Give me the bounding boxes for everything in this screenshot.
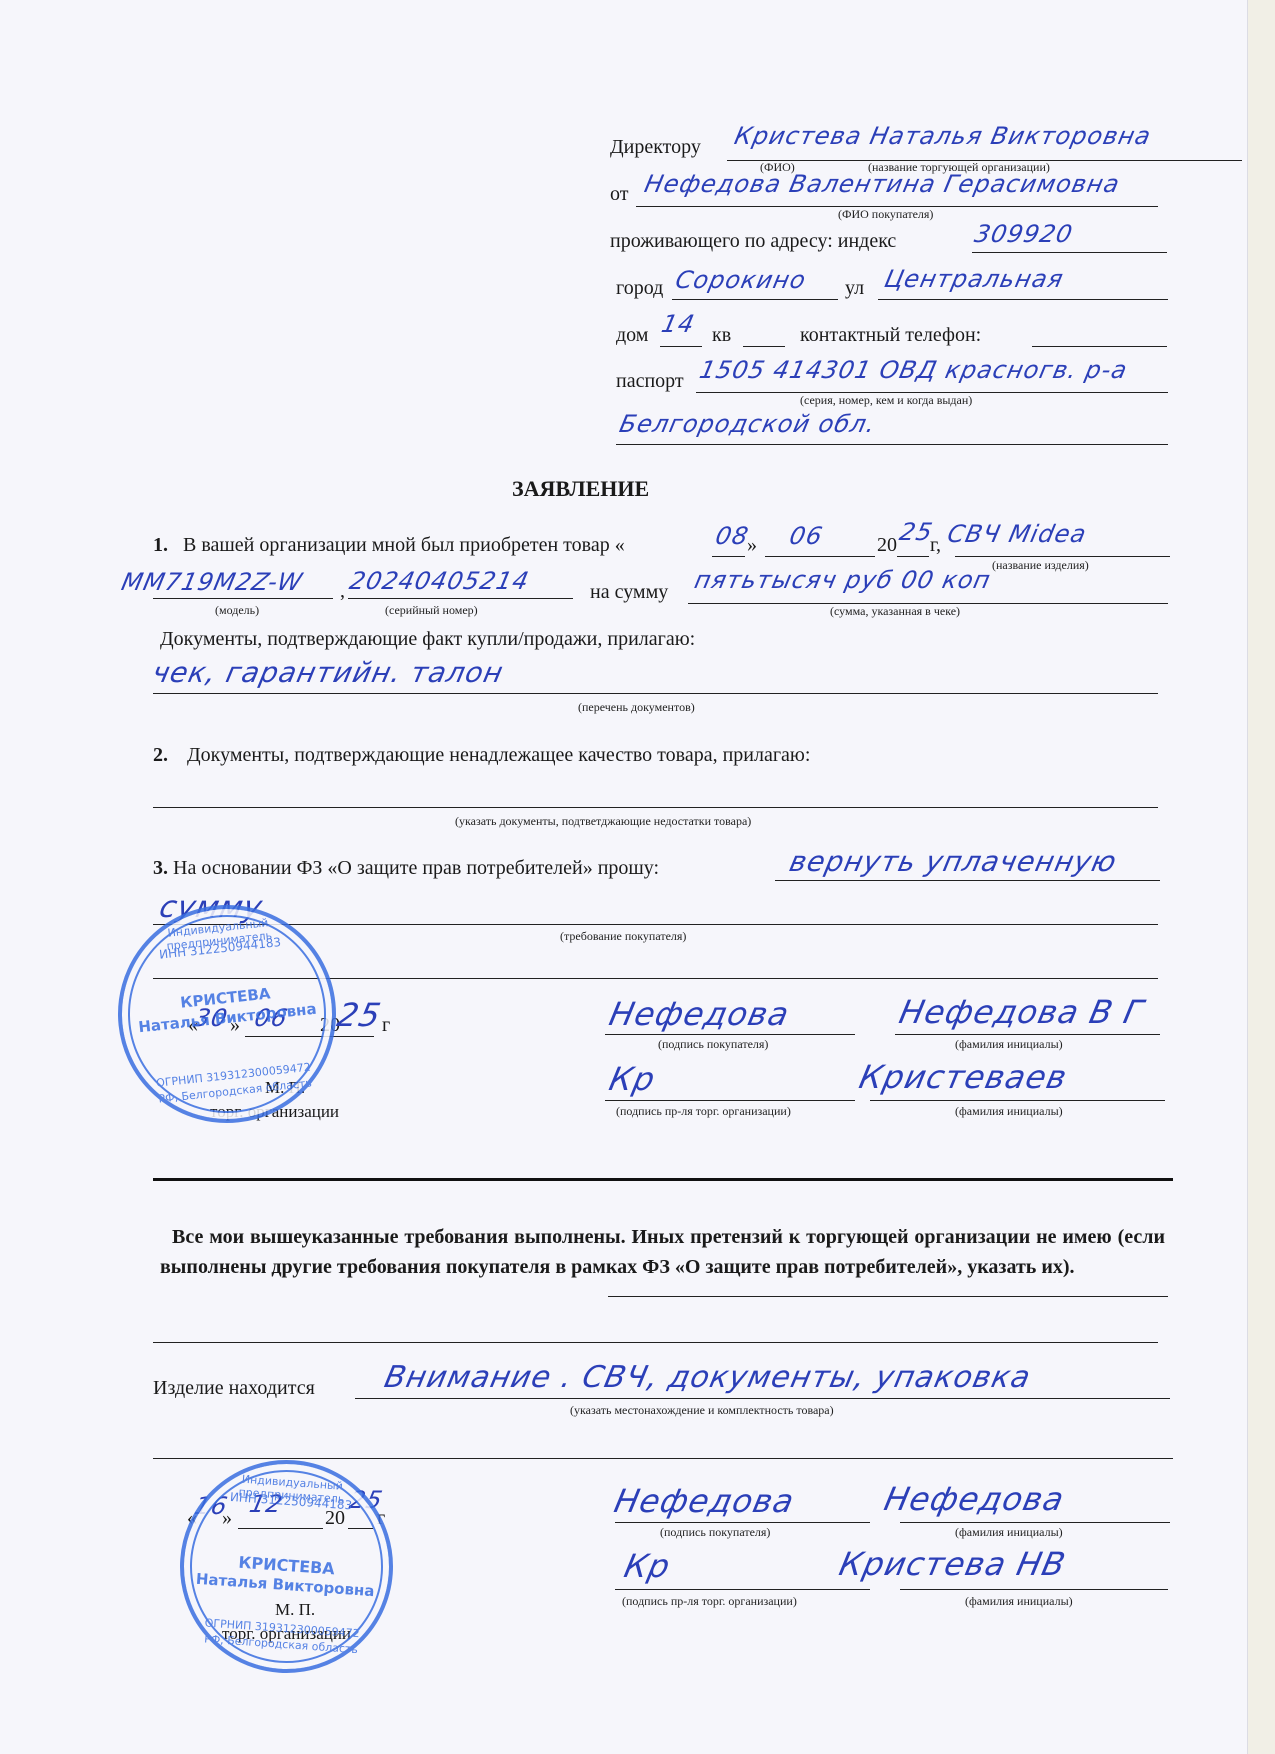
index-value: 309920 (972, 220, 1076, 248)
sign2-seller-name-caption: (фамилия инициалы) (965, 1594, 1073, 1609)
purchase-month: 06 (787, 522, 825, 550)
sum-value: пятьтысяч руб 00 коп (692, 566, 993, 594)
phone-label: контактный телефон: (800, 324, 981, 347)
section2-caption: (указать документы, подтветджающие недос… (455, 814, 751, 829)
model-caption: (модель) (215, 603, 259, 618)
year-line (897, 556, 929, 557)
year-prefix: 20 (877, 534, 897, 557)
street-line (878, 299, 1168, 300)
serial-value: 20240405214 (347, 567, 532, 595)
section2-text: Документы, подтверждающие ненадлежащее к… (187, 744, 810, 767)
sign2-buyer-signature: Нефедова (611, 1482, 798, 1520)
section1-number: 1. (153, 534, 168, 557)
closing-line-2 (153, 1342, 1158, 1343)
sign2-buyer-sig-line (615, 1522, 870, 1523)
sign1-buyer-name: Нефедова В Г (896, 993, 1147, 1031)
sign1-seller-sig-caption: (подпись пр-ля торг. организации) (616, 1104, 791, 1119)
quote-close: » (747, 534, 757, 557)
sign1-buyer-name-line (895, 1034, 1160, 1035)
sign2-seller-sig-line (615, 1589, 870, 1590)
product-value: СВЧ Midea (945, 520, 1089, 548)
passport-line-2 (616, 444, 1168, 445)
model-line (153, 598, 333, 599)
sign1-year-suffix: г (382, 1014, 390, 1037)
docs-label: Документы, подтверждающие факт купли/про… (160, 628, 695, 651)
docs-line (153, 693, 1158, 694)
house-line (660, 346, 702, 347)
product-caption: (название изделия) (992, 558, 1089, 573)
phone-line (1032, 346, 1167, 347)
sign1-buyer-sig-line (605, 1034, 855, 1035)
director-label: Директору (610, 136, 701, 159)
company-stamp: Индивидуальный предприниматель ИНН 31225… (107, 894, 347, 1134)
docs-caption: (перечень документов) (578, 700, 695, 715)
city-value: Сорокино (673, 266, 809, 294)
document-page: Директору Кристева Наталья Викторовна (Ф… (0, 0, 1248, 1754)
section2-line (153, 807, 1158, 808)
sign1-year: 25 (334, 996, 385, 1034)
sign1-buyer-name-caption: (фамилия инициалы) (955, 1037, 1063, 1052)
section-divider (153, 1178, 1173, 1181)
address-label: проживающего по адресу: индекс (610, 230, 896, 253)
sign2-buyer-sig-caption: (подпись покупателя) (660, 1525, 770, 1540)
passport-value: 1505 414301 ОВД красногв. р-а (697, 356, 1130, 384)
model-value: MM719M2Z-W (119, 568, 305, 596)
sign2-seller-name: Кристева НВ (836, 1545, 1069, 1583)
director-value: Кристева Наталья Викторовна (732, 122, 1154, 150)
house-value: 14 (659, 310, 697, 338)
sign2-seller-name-line (900, 1589, 1168, 1590)
sign2-buyer-name-caption: (фамилия инициалы) (955, 1525, 1063, 1540)
sign1-seller-sig-line (605, 1100, 855, 1101)
sign1-seller-signature: Кр (606, 1060, 659, 1098)
passport-caption: (серия, номер, кем и когда выдан) (800, 393, 972, 408)
closing-paragraph: Все мои вышеуказанные требования выполне… (160, 1222, 1165, 1282)
serial-line (348, 598, 573, 599)
sign2-seller-sig-caption: (подпись пр-ля торг. организации) (622, 1594, 797, 1609)
sign1-buyer-signature: Нефедова (606, 995, 793, 1033)
sign2-buyer-name: Нефедова (881, 1480, 1068, 1518)
sign1-seller-name-line (870, 1100, 1165, 1101)
purchase-day: 08 (713, 522, 751, 550)
location-label: Изделие находится (153, 1377, 315, 1400)
section3-line-1 (775, 880, 1160, 881)
section3-text: На основании ФЗ «О защите прав потребите… (173, 857, 659, 880)
section3-value-1: вернуть уплаченную (786, 845, 1120, 878)
sign1-seller-name-caption: (фамилия инициалы) (955, 1104, 1063, 1119)
company-stamp-2: Индивидуальный предприниматель ИНН 31225… (173, 1453, 400, 1680)
month-line (765, 556, 875, 557)
closing-line-3 (153, 1458, 1173, 1459)
apt-label: кв (712, 324, 731, 347)
from-value: Нефедова Валентина Герасимовна (642, 170, 1123, 198)
location-value: Внимание . СВЧ, документы, упаковка (381, 1360, 1034, 1395)
closing-line-1 (608, 1296, 1168, 1297)
street-value: Центральная (882, 265, 1066, 293)
sign1-buyer-sig-caption: (подпись покупателя) (658, 1037, 768, 1052)
serial-caption: (серийный номер) (385, 603, 478, 618)
passport-value-2: Белгородской обл. (617, 410, 878, 438)
location-caption: (указать местонахождение и комплектность… (570, 1403, 834, 1418)
sign1-seller-name: Кристеваев (856, 1058, 1071, 1096)
index-line (972, 252, 1167, 253)
section3-number: 3. (153, 857, 168, 880)
sum-caption: (сумма, указанная в чеке) (830, 604, 960, 619)
document-title: ЗАЯВЛЕНИЕ (512, 476, 649, 502)
passport-label: паспорт (616, 370, 684, 393)
sign2-buyer-name-line (900, 1522, 1170, 1523)
location-line (355, 1398, 1170, 1399)
sign2-seller-signature: Кр (621, 1547, 674, 1585)
year-suffix: г, (930, 534, 941, 557)
model-serial-comma: , (340, 580, 345, 603)
sign1-year-line (342, 1036, 374, 1037)
section3-caption: (требование покупателя) (560, 929, 686, 944)
sum-label: на сумму (590, 581, 668, 604)
day-line (712, 556, 745, 557)
product-line (955, 556, 1170, 557)
street-label: ул (845, 277, 864, 300)
docs-value: чек, гарантийн. талон (149, 656, 506, 689)
city-line (672, 299, 838, 300)
apt-line (743, 346, 785, 347)
section2-number: 2. (153, 744, 168, 767)
from-label: от (610, 183, 628, 206)
from-caption: (ФИО покупателя) (838, 207, 933, 222)
house-label: дом (616, 324, 648, 347)
city-label: город (616, 277, 663, 300)
section1-text: В вашей организации мной был приобретен … (183, 534, 625, 557)
